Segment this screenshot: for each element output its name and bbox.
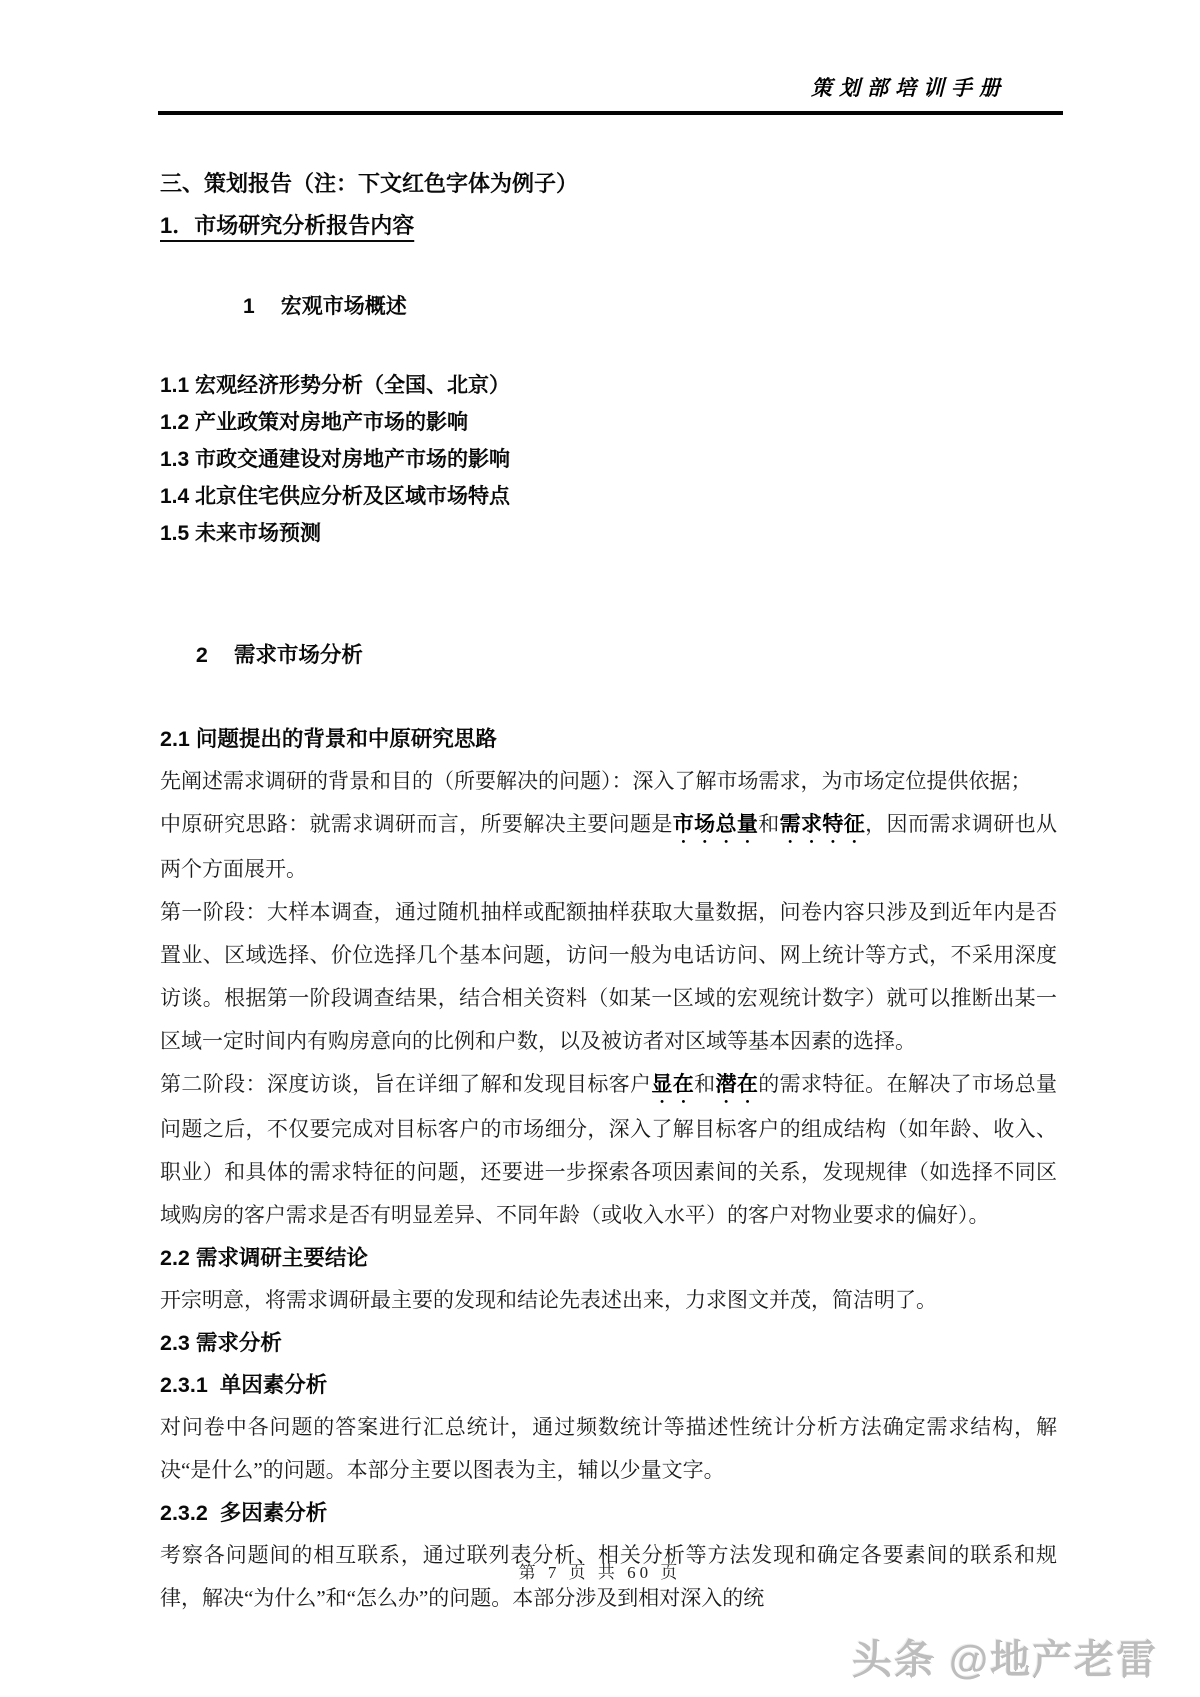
section-2-1-heading: 2.1 问题提出的背景和中原研究思路 [160,718,1057,760]
section-title: 三、策划报告（注：下文红色字体为例子） [160,163,1057,205]
section-2-3-2-heading: 2.3.2 多因素分析 [160,1492,1057,1534]
paragraph-2-3-1: 对问卷中各问题的答案进行汇总统计，通过频数统计等描述性统计分析方法确定需求结构，… [160,1406,1057,1492]
paragraph-stage1: 第一阶段：大样本调查，通过随机抽样或配额抽样获取大量数据，问卷内容只涉及到近年内… [160,891,1057,1063]
paragraph-stage2: 第二阶段：深度访谈，旨在详细了解和发现目标客户显在和潜在的需求特征。在解决了市场… [160,1063,1057,1237]
approach-text: 中原研究思路：就需求调研而言，所要解决主要问题是 [160,812,673,836]
section-2-3-1-heading: 2.3.1 单因素分析 [160,1364,1057,1406]
watermark-toutiao: 头条 @地产老雷 [852,1628,1158,1685]
paragraph-background: 先阐述需求调研的背景和目的（所要解决的问题）：深入了解市场需求，为市场定位提供依… [160,760,1057,803]
emphasis-demand-traits: 需求特征 [780,812,865,836]
page-header: 策划部培训手册 [158,72,1063,115]
outline-item-1-4: 1.4 北京住宅供应分析及区域市场特点 [160,478,1057,515]
header-title: 策划部培训手册 [158,72,1063,102]
emphasis-market-total: 市场总量 [673,812,758,836]
paragraph-2-2: 开宗明意，将需求调研最主要的发现和结论先表述出来，力求图文并茂，简洁明了。 [160,1279,1057,1322]
stage2-text: 第二阶段：深度访谈，旨在详细了解和发现目标客户 [160,1072,651,1096]
outline-item-1-3: 1.3 市政交通建设对房地产市场的影响 [160,441,1057,478]
chapter1-overview-label: 宏观市场概述 [281,295,407,318]
outline-item-1-1: 1.1 宏观经济形势分析（全国、北京） [160,367,1057,404]
page-number: 第 7 页 共 60 页 [0,1558,1200,1583]
chapter2-heading: 2需求市场分析 [160,592,1057,718]
section-2-2-heading: 2.2 需求调研主要结论 [160,1237,1057,1279]
chapter2-heading-label: 需求市场分析 [234,643,363,667]
approach-text: 和 [758,812,779,836]
chapter2-heading-number: 2 [196,643,208,667]
stage2-text: 和 [694,1072,715,1096]
chapter1-heading: 1．市场研究分析报告内容 [160,205,1057,247]
header-rule [158,111,1063,115]
chapter1-overview-number: 1 [243,295,255,318]
document-body: 三、策划报告（注：下文红色字体为例子） 1．市场研究分析报告内容 1宏观市场概述… [160,163,1057,1620]
outline-item-1-5: 1.5 未来市场预测 [160,515,1057,552]
paragraph-approach: 中原研究思路：就需求调研而言，所要解决主要问题是市场总量和需求特征，因而需求调研… [160,803,1057,891]
outline-item-1-2: 1.2 产业政策对房地产市场的影响 [160,404,1057,441]
emphasis-explicit: 显在 [651,1072,694,1096]
emphasis-latent: 潜在 [716,1072,759,1096]
chapter1-overview: 1宏观市场概述 [160,247,1057,367]
section-2-3-heading: 2.3 需求分析 [160,1322,1057,1364]
document-page: 策划部培训手册 三、策划报告（注：下文红色字体为例子） 1．市场研究分析报告内容… [0,0,1200,1697]
